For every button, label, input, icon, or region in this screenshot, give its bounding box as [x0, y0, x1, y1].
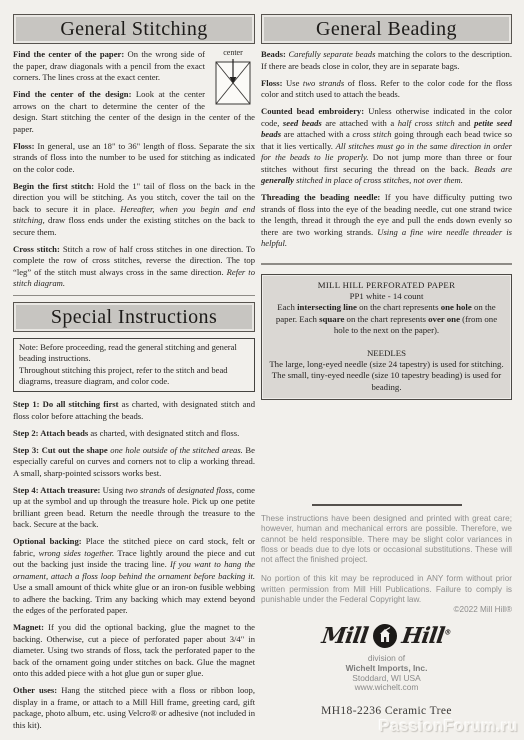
step-1: Step 1: Do all stitching first as charte… — [13, 399, 255, 422]
general-beading-body: Beads: Carefully separate beads matching… — [261, 49, 512, 250]
logo-word-mill: Mill — [321, 623, 370, 649]
paragraph-cross-stitch: Cross stitch: Stitch a row of half cross… — [13, 244, 255, 290]
spacer — [269, 337, 504, 348]
left-column-divider — [13, 295, 255, 296]
general-stitching-title: General Stitching — [60, 18, 207, 41]
product-code: MH18-2236 Ceramic Tree — [261, 705, 512, 717]
division-block: division of Wichelt Imports, Inc. Stodda… — [261, 654, 512, 692]
disclaimer-paragraph-2: No portion of this kit may be reproduced… — [261, 574, 512, 605]
center-diagram-icon — [213, 58, 253, 108]
copyright-line: ©2022 Mill Hill® — [261, 605, 512, 615]
left-column: General Stitching center Find the center… — [13, 14, 255, 737]
paragraph-beading-floss: Floss: Use two strands of floss. Refer t… — [261, 78, 512, 101]
general-beading-title: General Beading — [316, 18, 457, 41]
registered-mark: ® — [444, 628, 452, 637]
perforated-paper-box: MILL HILL PERFORATED PAPER PP1 white - 1… — [261, 274, 512, 401]
right-column-divider — [261, 263, 512, 265]
general-stitching-body: center Find the center of the paper: On … — [13, 49, 255, 290]
mill-building-icon — [372, 623, 398, 649]
footer-divider — [312, 504, 462, 506]
step-4: Step 4: Attach treasure: Using two stran… — [13, 485, 255, 531]
paragraph-counted-bead-embroidery: Counted bead embroidery: Unless otherwis… — [261, 106, 512, 187]
mill-hill-logo: Mill Hill® — [261, 622, 512, 650]
note-line-2: Throughout stitching this project, refer… — [19, 365, 249, 388]
optional-backing-paragraph: Optional backing: Place the stitched pie… — [13, 536, 255, 617]
paragraph-threading-needle: Threading the beading needle: If you hav… — [261, 192, 512, 250]
general-stitching-header: General Stitching — [13, 14, 255, 44]
general-beading-header: General Beading — [261, 14, 512, 44]
paragraph-floss: Floss: In general, use an 18" to 36" len… — [13, 141, 255, 176]
scanned-instruction-page: { "left": { "stitching": { "title": "Gen… — [0, 0, 524, 740]
step-3: Step 3: Cut out the shape one hole outsi… — [13, 445, 255, 480]
note-box: Note: Before proceeding, read the genera… — [13, 338, 255, 392]
step-2: Step 2: Attach beads as charted, with de… — [13, 428, 255, 440]
special-instructions-steps: Step 1: Do all stitching first as charte… — [13, 399, 255, 731]
special-instructions-header: Special Instructions — [13, 302, 255, 332]
paragraph-beads: Beads: Carefully separate beads matching… — [261, 49, 512, 72]
watermark: PassionForum.ru — [379, 718, 518, 736]
other-uses-paragraph: Other uses: Hang the stitched piece with… — [13, 685, 255, 731]
right-column: General Beading Beads: Carefully separat… — [261, 14, 512, 400]
paragraph-begin-first-stitch: Begin the first stitch: Hold the 1" tail… — [13, 181, 255, 239]
logo-word-hill: Hill® — [400, 623, 453, 649]
note-line-1: Note: Before proceeding, read the genera… — [19, 342, 249, 365]
needles-title: NEEDLES — [269, 348, 504, 359]
division-line-4: www.wichelt.com — [261, 683, 512, 693]
needles-body: The large, long-eyed needle (size 24 tap… — [269, 359, 504, 393]
perforated-paper-body: Each intersecting line on the chart repr… — [269, 302, 504, 336]
magnet-paragraph: Magnet: If you did the optional backing,… — [13, 622, 255, 680]
perforated-paper-title: MILL HILL PERFORATED PAPER — [269, 280, 504, 291]
footer-block: These instructions have been designed an… — [261, 504, 512, 717]
center-diagram-label: center — [211, 49, 255, 57]
perforated-paper-subtitle: PP1 white - 14 count — [269, 291, 504, 302]
special-instructions-title: Special Instructions — [51, 306, 217, 329]
disclaimer-paragraph-1: These instructions have been designed an… — [261, 514, 512, 565]
center-diagram: center — [211, 49, 255, 108]
